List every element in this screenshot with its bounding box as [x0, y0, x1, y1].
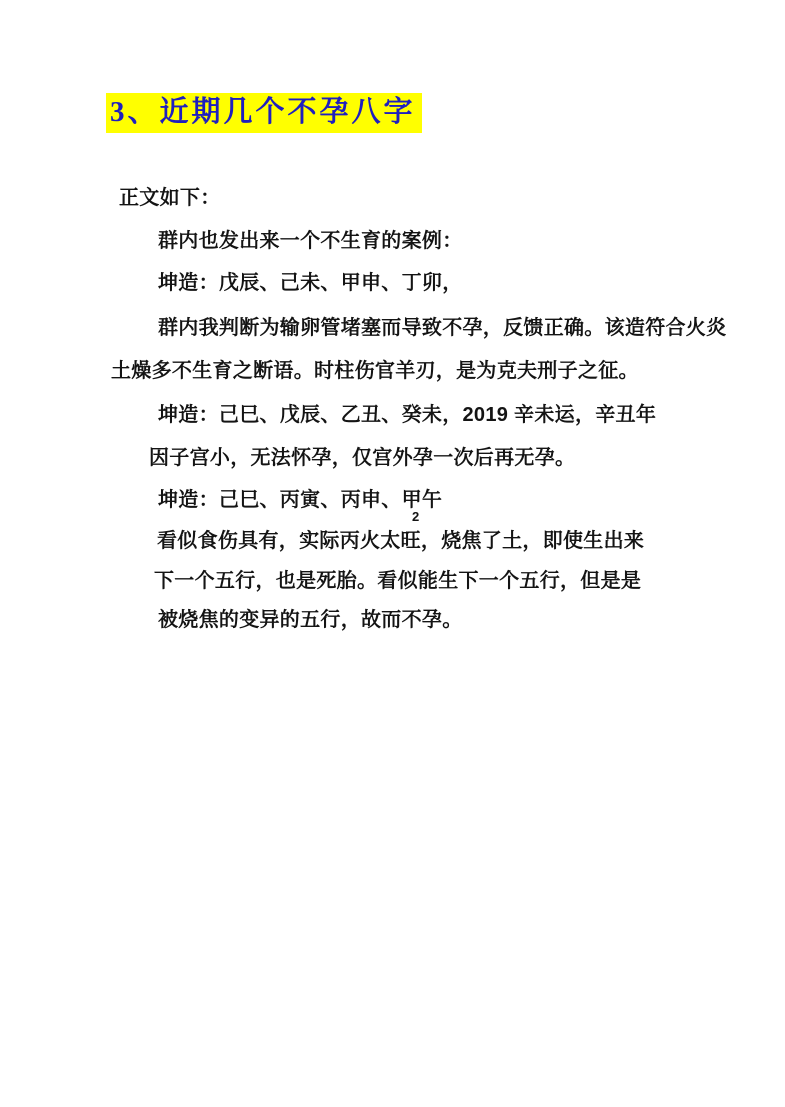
body-line-intro: 正文如下： [119, 187, 221, 209]
section-heading: 3、近期几个不孕八字 [106, 93, 422, 133]
body-line: 坤造：己巳、丙寅、丙申、甲午 [158, 489, 442, 511]
body-line: 土燥多不生育之断语。时柱伤官羊刃，是为克夫刑子之征。 [111, 360, 639, 382]
body-line: 坤造：戊辰、己未、甲申、丁卯， [158, 272, 463, 294]
body-line: 下一个五行，也是死胎。看似能生下一个五行，但是是 [154, 570, 641, 592]
body-line: 看似食伤具有，实际丙火太旺，烧焦了土，即使生出来 [157, 530, 644, 552]
superscript-marker: 2 [412, 510, 419, 524]
body-line: 因子宫小，无法怀孕，仅宫外孕一次后再无孕。 [149, 447, 575, 469]
body-line: 被烧焦的变异的五行，故而不孕。 [158, 609, 463, 631]
body-line: 群内也发出来一个不生育的案例： [158, 230, 463, 252]
body-line: 群内我判断为输卵管堵塞而导致不孕，反馈正确。该造符合火炎 [158, 317, 726, 339]
body-line: 坤造：己巳、戊辰、乙丑、癸未，2019 辛未运，辛丑年 [158, 404, 656, 426]
document-page: 3、近期几个不孕八字 正文如下： 群内也发出来一个不生育的案例： 坤造：戊辰、己… [0, 0, 785, 1107]
